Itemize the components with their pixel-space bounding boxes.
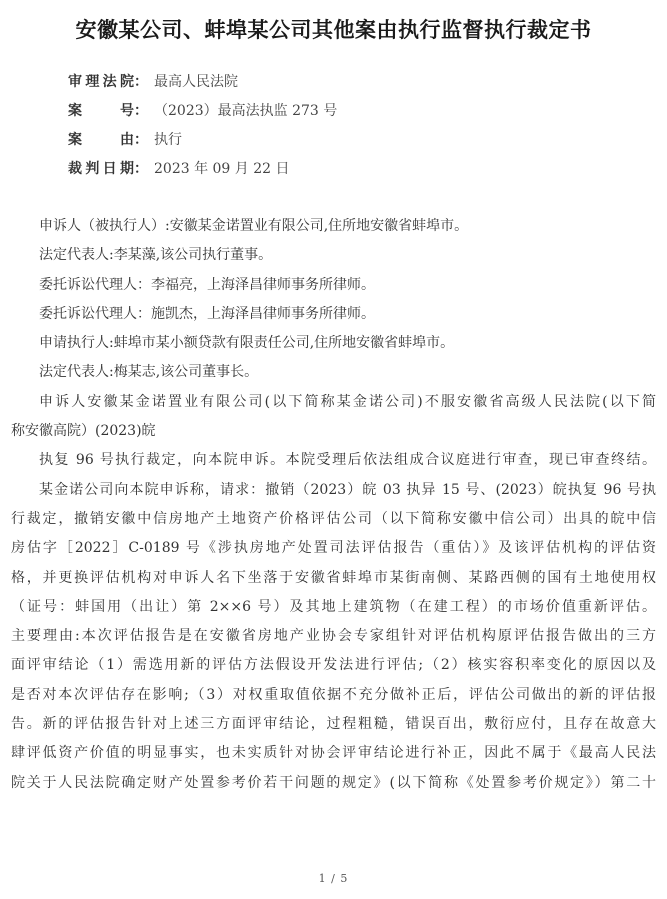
- meta-colon: ：: [134, 155, 154, 184]
- document-title: 安徽某公司、蚌埠某公司其他案由执行监督执行裁定书: [0, 14, 667, 44]
- document-page: 安徽某公司、蚌埠某公司其他案由执行监督执行裁定书 审理法院：最高人民法院 案号：…: [0, 0, 667, 899]
- document-body: 申诉人（被执行人）:安徽某金诺置业有限公司,住所地安徽省蚌埠市。 法定代表人:李…: [11, 212, 656, 798]
- meta-value: 执行: [154, 126, 182, 155]
- paragraph-line: 格，并更换评估机构对申诉人名下坐落于安徽省蚌埠市某街南侧、某路西侧的国有土地使用…: [11, 564, 656, 593]
- meta-label: 裁判日期: [68, 155, 134, 184]
- paragraph-line: 院关于人民法院确定财产处置参考价若干问题的规定》(以下简称《处置参考价规定》）第…: [11, 769, 656, 798]
- meta-colon: ：: [134, 126, 154, 155]
- paragraph-line: 肆评低资产价值的明显事实，也未实质针对协会评审结论进行补正，因此不属于《最高人民…: [11, 739, 656, 768]
- paragraph-line: 执复 96 号执行裁定，向本院申诉。本院受理后依法组成合议庭进行审查，现已审查终…: [11, 446, 656, 475]
- meta-label: 案由: [68, 126, 134, 155]
- paragraph-line: 是否对本次评估存在影响;（3）对权重取值依据不充分做补正后，评估公司做出的新的评…: [11, 681, 656, 710]
- meta-cause: 案由：执行: [68, 126, 337, 155]
- paragraph-line: 主要理由:本次评估报告是在安徽省房地产业协会专家组针对评估机构原评估报告做出的三…: [11, 622, 656, 651]
- meta-value: （2023）最高法执监 273 号: [154, 97, 337, 126]
- meta-label: 案号: [68, 97, 134, 126]
- party-agent-2: 委托诉讼代理人：施凯杰，上海泽昌律师事务所律师。: [11, 300, 656, 329]
- paragraph-line: （证号：蚌国用（出让）第 2××6 号）及其地上建筑物（在建工程）的市场价值重新…: [11, 593, 656, 622]
- party-applicant-representative: 法定代表人:梅某志,该公司董事长。: [11, 358, 656, 387]
- meta-value: 最高人民法院: [154, 68, 238, 97]
- meta-colon: ：: [134, 97, 154, 126]
- case-metadata: 审理法院：最高人民法院 案号：（2023）最高法执监 273 号 案由：执行 裁…: [68, 68, 337, 184]
- meta-label: 审理法院: [68, 68, 134, 97]
- meta-colon: ：: [134, 68, 154, 97]
- page-number: 1 / 5: [0, 872, 667, 885]
- party-appellant-representative: 法定代表人:李某藻,该公司执行董事。: [11, 241, 656, 270]
- meta-date: 裁判日期：2023 年 09 月 22 日: [68, 155, 337, 184]
- paragraph-line: 房估字［2022］C-0189 号《涉执房地产处置司法评估报告（重估）》及该评估…: [11, 534, 656, 563]
- paragraph-line: 行裁定，撤销安徽中信房地产土地资产价格评估公司（以下简称安徽中信公司）出具的皖中…: [11, 505, 656, 534]
- party-appellant: 申诉人（被执行人）:安徽某金诺置业有限公司,住所地安徽省蚌埠市。: [11, 212, 656, 241]
- paragraph-line: 面评审结论（1）需选用新的评估方法假设开发法进行评估;（2）核实容积率变化的原因…: [11, 651, 656, 680]
- paragraph-line: 某金诺公司向本院申诉称，请求：撤销（2023）皖 03 执异 15 号、(202…: [11, 476, 656, 505]
- party-applicant: 申请执行人:蚌埠市某小额贷款有限责任公司,住所地安徽省蚌埠市。: [11, 329, 656, 358]
- meta-court: 审理法院：最高人民法院: [68, 68, 337, 97]
- meta-case-number: 案号：（2023）最高法执监 273 号: [68, 97, 337, 126]
- party-agent-1: 委托诉讼代理人：李福亮，上海泽昌律师事务所律师。: [11, 271, 656, 300]
- meta-value: 2023 年 09 月 22 日: [154, 155, 290, 184]
- paragraph-line: 称安徽高院）(2023)皖: [11, 417, 656, 446]
- paragraph-line: 告。新的评估报告针对上述三方面评审结论，过程粗糙，错误百出，敷衍应付，且存在故意…: [11, 710, 656, 739]
- paragraph-line: 申诉人安徽某金诺置业有限公司(以下简称某金诺公司)不服安徽省高级人民法院(以下简: [11, 388, 656, 417]
